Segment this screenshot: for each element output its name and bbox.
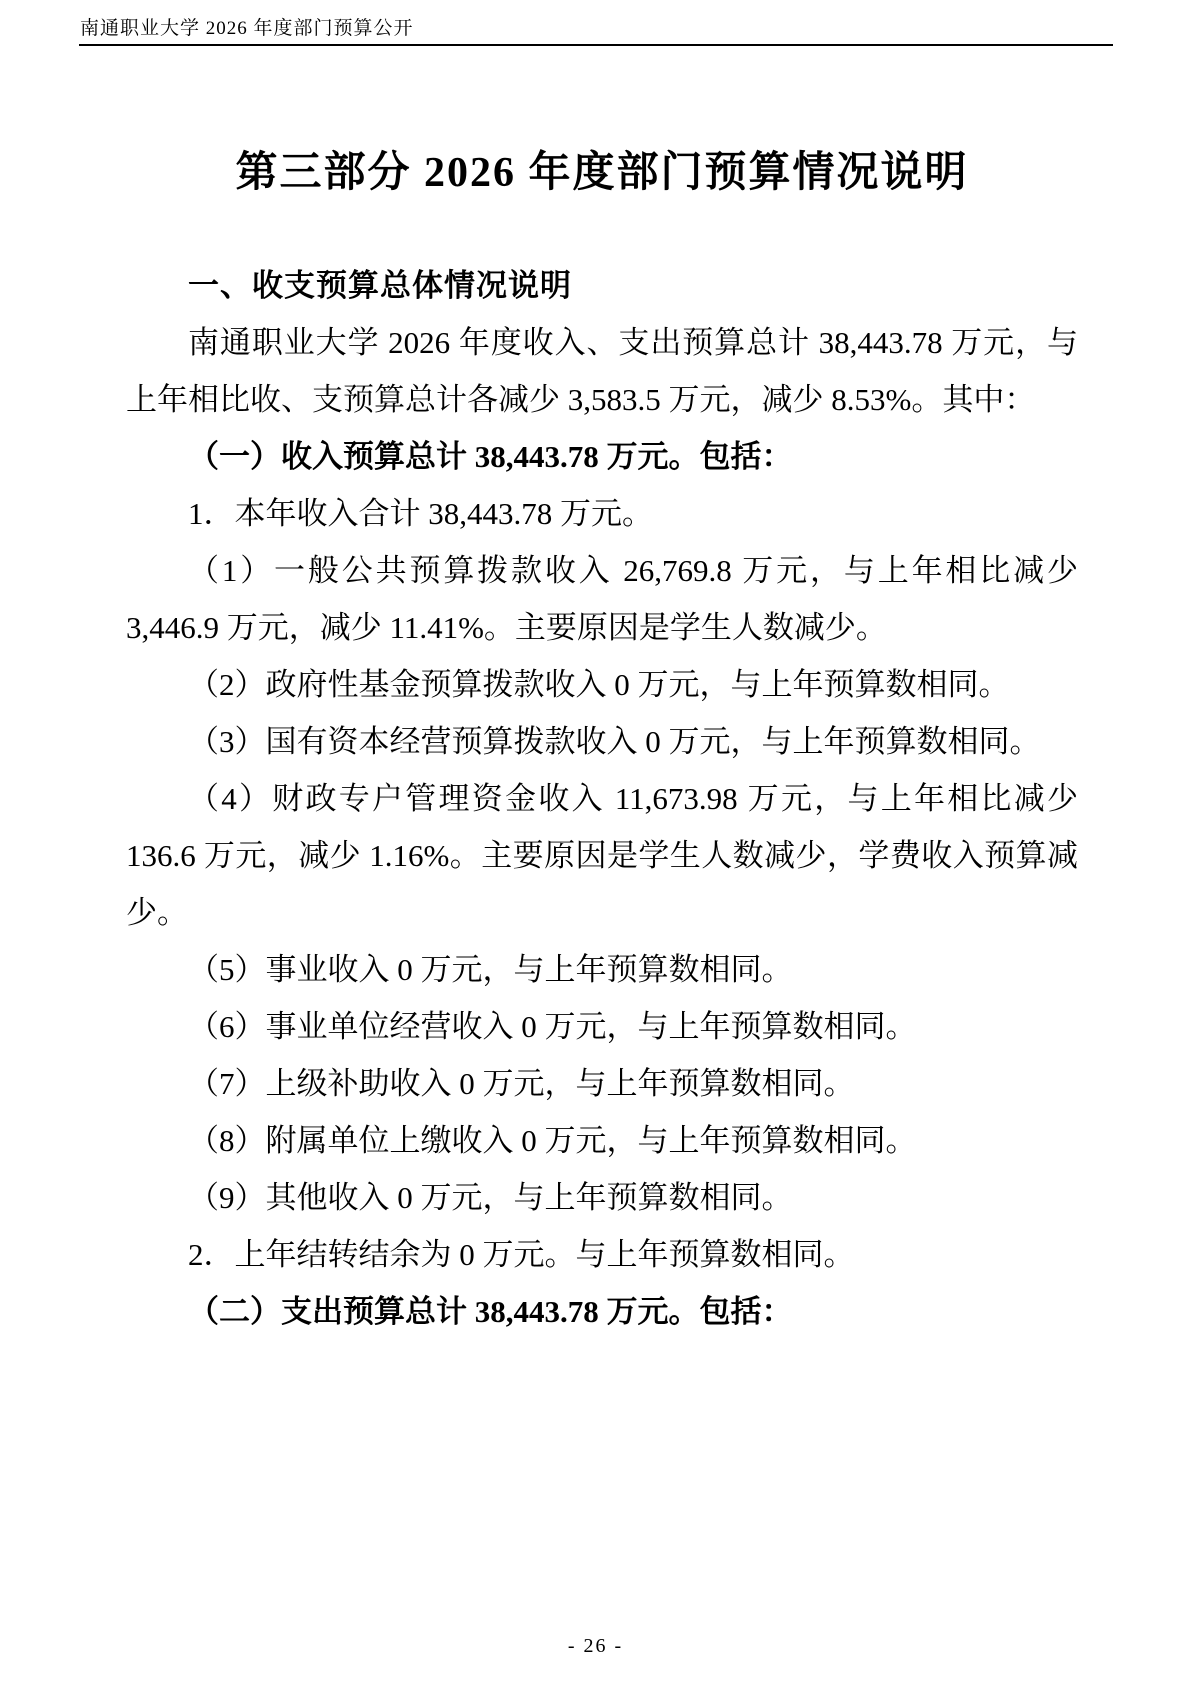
paragraph-item-3-state-capital: （3）国有资本经营预算拨款收入 0 万元，与上年预算数相同。 <box>126 713 1078 770</box>
paragraph-item-7-superior-subsidy: （7）上级补助收入 0 万元，与上年预算数相同。 <box>126 1055 1078 1112</box>
paragraph-overview: 南通职业大学 2026 年度收入、支出预算总计 38,443.78 万元，与上年… <box>126 314 1078 428</box>
paragraph-item-6-institutional-operating-income: （6）事业单位经营收入 0 万元，与上年预算数相同。 <box>126 998 1078 1055</box>
paragraph-item-1-general-public-budget: （1）一般公共预算拨款收入 26,769.8 万元，与上年相比减少 3,446.… <box>126 542 1078 656</box>
document-body: 南通职业大学 2026 年度收入、支出预算总计 38,443.78 万元，与上年… <box>126 314 1078 1340</box>
paragraph-item-4-fiscal-special-account: （4）财政专户管理资金收入 11,673.98 万元，与上年相比减少 136.6… <box>126 770 1078 941</box>
section-heading: 一、收支预算总体情况说明 <box>126 266 1078 306</box>
document-content: 第三部分 2026 年度部门预算情况说明 一、收支预算总体情况说明 南通职业大学… <box>126 0 1078 1340</box>
paragraph-income-total-heading: （一）收入预算总计 38,443.78 万元。包括： <box>126 428 1078 485</box>
paragraph-item-8-affiliated-unit-remittance: （8）附属单位上缴收入 0 万元，与上年预算数相同。 <box>126 1112 1078 1169</box>
paragraph-current-year-income: 1．本年收入合计 38,443.78 万元。 <box>126 485 1078 542</box>
paragraph-expenditure-total-heading: （二）支出预算总计 38,443.78 万元。包括： <box>126 1283 1078 1340</box>
paragraph-item-5-institutional-income: （5）事业收入 0 万元，与上年预算数相同。 <box>126 941 1078 998</box>
paragraph-item-2-government-fund: （2）政府性基金预算拨款收入 0 万元，与上年预算数相同。 <box>126 656 1078 713</box>
document-title: 第三部分 2026 年度部门预算情况说明 <box>126 146 1078 200</box>
paragraph-item-9-other-income: （9）其他收入 0 万元，与上年预算数相同。 <box>126 1169 1078 1226</box>
document-page: 南通职业大学 2026 年度部门预算公开 第三部分 2026 年度部门预算情况说… <box>0 0 1191 1684</box>
paragraph-carryover-balance: 2．上年结转结余为 0 万元。与上年预算数相同。 <box>126 1226 1078 1283</box>
page-number: - 26 - <box>0 1635 1191 1658</box>
